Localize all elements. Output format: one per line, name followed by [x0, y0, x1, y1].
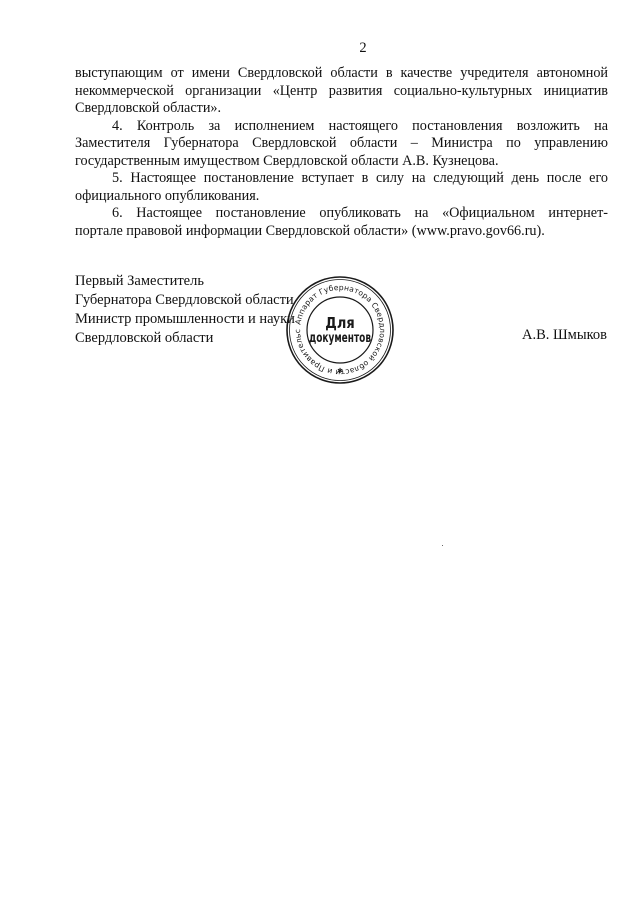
seal-center-line-2: документов [309, 329, 371, 345]
text-line: выступающим от имени Свердловской област… [75, 65, 608, 83]
paragraph-item-6: 6. Настоящее постановление опубликовать … [75, 205, 608, 240]
text-line: 6. Настоящее постановление опубликовать … [75, 205, 608, 223]
text-line: некоммерческой организации «Центр развит… [75, 83, 608, 101]
text-line: государственным имуществом Свердловской … [75, 153, 608, 171]
paragraph-continuation: выступающим от имени Свердловской област… [75, 65, 608, 118]
page-number: 2 [43, 40, 640, 57]
text-line: 5. Настоящее постановление вступает в си… [75, 170, 608, 188]
star-icon: ✱ [337, 367, 343, 375]
text-line: Свердловской области». [75, 100, 608, 118]
scan-artifact [442, 545, 443, 546]
official-seal-stamp: Аппарат Губернатора Свердловской области… [284, 274, 396, 386]
paragraph-item-5: 5. Настоящее постановление вступает в си… [75, 170, 608, 205]
paragraph-item-4: 4. Контроль за исполнением настоящего по… [75, 118, 608, 171]
signer-name: А.В. Шмыков [522, 327, 607, 344]
text-line: Заместителя Губернатора Свердловской обл… [75, 135, 608, 153]
document-body: выступающим от имени Свердловской област… [75, 65, 608, 240]
text-line: портале правовой информации Свердловской… [75, 223, 608, 241]
text-line: официального опубликования. [75, 188, 608, 206]
text-line: 4. Контроль за исполнением настоящего по… [75, 118, 608, 136]
